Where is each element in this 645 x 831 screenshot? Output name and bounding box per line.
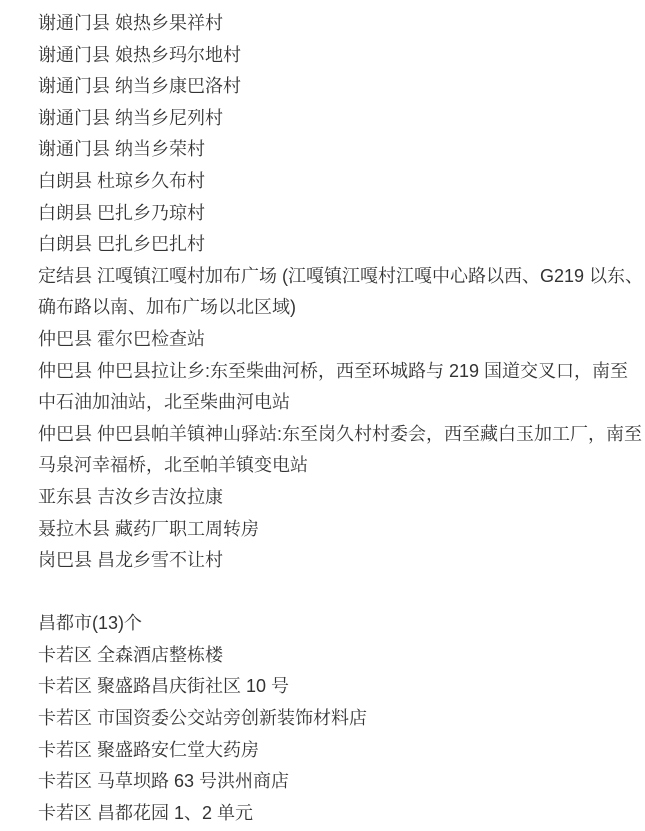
location-entry: 卡若区 全森酒店整栋楼 <box>38 640 645 672</box>
location-entry: 谢通门县 娘热乡果祥村 <box>38 8 645 40</box>
location-entry: 仲巴县 霍尔巴检查站 <box>38 324 645 356</box>
location-entry: 卡若区 聚盛路昌庆街社区 10 号 <box>38 671 645 703</box>
location-entry: 卡若区 昌都花园 1、2 单元 <box>38 798 645 830</box>
location-entry: 仲巴县 仲巴县拉让乡:东至柴曲河桥，西至环城路与 219 国道交叉口，南至中石油… <box>38 356 645 419</box>
location-entry: 岗巴县 昌龙乡雪不让村 <box>38 545 645 577</box>
section-heading: 昌都市(13)个 <box>38 608 645 640</box>
location-entry: 谢通门县 娘热乡玛尔地村 <box>38 40 645 72</box>
document-page: 谢通门县 娘热乡果祥村谢通门县 娘热乡玛尔地村谢通门县 纳当乡康巴洛村谢通门县 … <box>0 0 645 829</box>
location-entry: 谢通门县 纳当乡尼列村 <box>38 103 645 135</box>
location-entry: 卡若区 聚盛路安仁堂大药房 <box>38 735 645 767</box>
location-entry: 白朗县 巴扎乡乃琼村 <box>38 198 645 230</box>
location-entry: 卡若区 市国资委公交站旁创新装饰材料店 <box>38 703 645 735</box>
location-entry: 亚东县 吉汝乡吉汝拉康 <box>38 482 645 514</box>
location-entry: 谢通门县 纳当乡康巴洛村 <box>38 71 645 103</box>
location-entry: 聂拉木县 藏药厂职工周转房 <box>38 514 645 546</box>
location-list: 谢通门县 娘热乡果祥村谢通门县 娘热乡玛尔地村谢通门县 纳当乡康巴洛村谢通门县 … <box>38 8 645 829</box>
blank-line <box>38 577 645 609</box>
location-entry: 定结县 江嘎镇江嘎村加布广场 (江嘎镇江嘎村江嘎中心路以西、G219 以东、确布… <box>38 261 645 324</box>
location-entry: 白朗县 巴扎乡巴扎村 <box>38 229 645 261</box>
location-entry: 卡若区 马草坝路 63 号洪州商店 <box>38 766 645 798</box>
location-entry: 谢通门县 纳当乡荣村 <box>38 134 645 166</box>
location-entry: 仲巴县 仲巴县帕羊镇神山驿站:东至岗久村村委会，西至藏白玉加工厂，南至马泉河幸福… <box>38 419 645 482</box>
location-entry: 白朗县 杜琼乡久布村 <box>38 166 645 198</box>
